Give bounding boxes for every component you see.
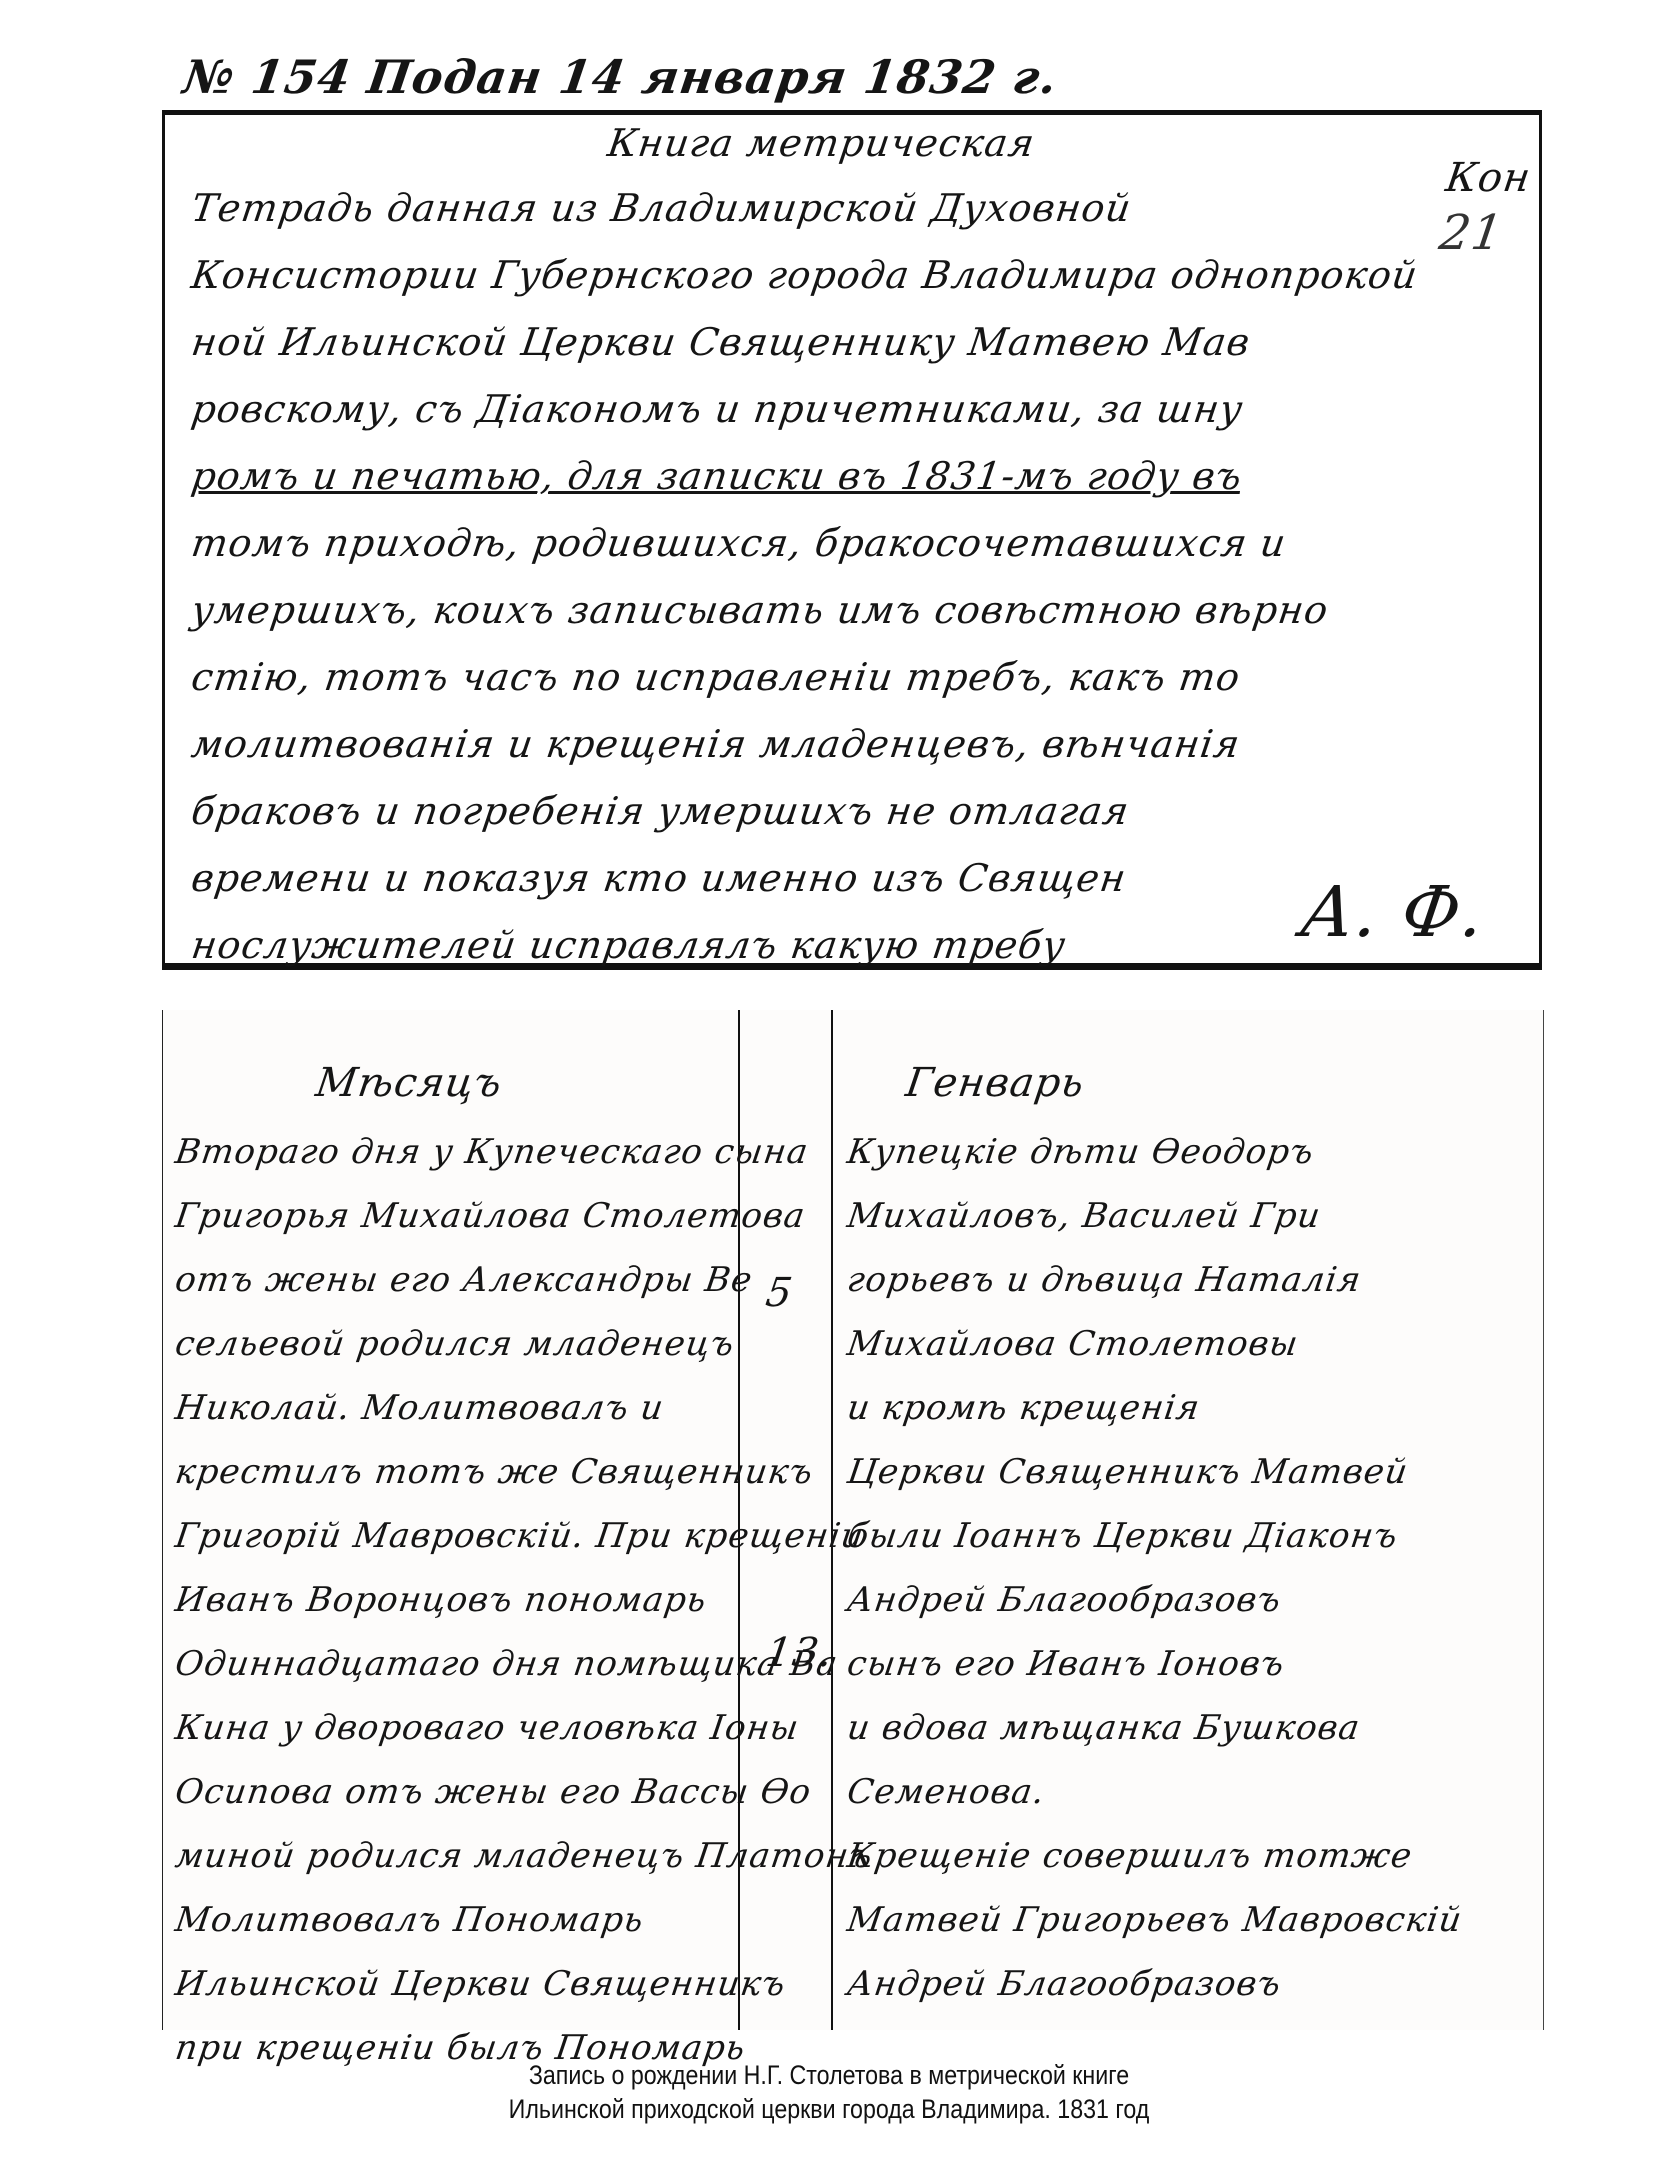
entry-line: Церкви Священникъ Матвей bbox=[843, 1440, 1542, 1504]
entry-line: Ильинской Церкви Священникъ bbox=[171, 1952, 745, 2016]
register-table: Мѣсяцъ Генварь 5 13. Втораго дня у Купеч… bbox=[162, 1010, 1544, 2030]
archival-scan: № 154 Подан 14 января 1832 г. Книга метр… bbox=[150, 20, 1550, 2030]
entry-line: сынъ его Иванъ Іоновъ bbox=[843, 1632, 1542, 1696]
frame-line: ной Ильинской Церкви Священнику Матвею М… bbox=[187, 309, 1536, 376]
frame-line: умершихъ, коихъ записывать имъ совѣстною… bbox=[187, 577, 1536, 644]
left-column-entries: Втораго дня у Купеческаго сына Григорья … bbox=[171, 1120, 736, 2080]
entry-line: Кина у двороваго человѣка Іоны bbox=[171, 1696, 745, 1760]
entry-line: сельевой родился младенецъ bbox=[171, 1312, 745, 1376]
entry-line: Григорій Мавровскій. При крещеніи bbox=[171, 1504, 745, 1568]
entry-line: Втораго дня у Купеческаго сына bbox=[171, 1120, 745, 1184]
entry-line: были Іоаннъ Церкви Діаконъ bbox=[843, 1504, 1542, 1568]
entry-line: Осипова отъ жены его Вассы Ѳо bbox=[171, 1760, 745, 1824]
frame-line: ровскому, съ Діакономъ и причетниками, з… bbox=[187, 376, 1536, 443]
frame-line: Консистории Губернского города Владимира… bbox=[187, 242, 1536, 309]
entry-line: горьевъ и дѣвица Наталія bbox=[843, 1248, 1542, 1312]
entry-line: Андрей Благообразовъ bbox=[843, 1568, 1542, 1632]
caption-line-2: Ильинской приходской церкви города Влади… bbox=[116, 2092, 1542, 2126]
entry-line: Михайловъ, Василей Гри bbox=[843, 1184, 1542, 1248]
entry-line: крестилъ тотъ же Священникъ bbox=[171, 1440, 745, 1504]
left-column-header: Мѣсяцъ bbox=[313, 1060, 505, 1106]
register-header-line: № 154 Подан 14 января 1832 г. bbox=[180, 50, 1061, 104]
entry-line: Иванъ Воронцовъ пономарь bbox=[171, 1568, 745, 1632]
figure-caption: Запись о рождении Н.Г. Столетова в метри… bbox=[116, 2058, 1542, 2126]
entry-line: Михайлова Столетовы bbox=[843, 1312, 1542, 1376]
right-column-header: Генварь bbox=[903, 1060, 1087, 1106]
frame-line-underlined: ромъ и печатью, для записки въ 1831-мъ г… bbox=[187, 443, 1536, 510]
entry-line: Молитвовалъ Пономарь bbox=[171, 1888, 745, 1952]
frame-line: томъ приходѣ, родившихся, бракосочетавши… bbox=[187, 510, 1536, 577]
frame-line: браковъ и погребенія умершихъ не отлагая bbox=[187, 778, 1536, 845]
right-column-entries: Купецкіе дѣти Ѳеодоръ Михайловъ, Василей… bbox=[843, 1120, 1533, 2016]
frame-line: молитвованія и крещенія младенцевъ, вѣнч… bbox=[187, 711, 1536, 778]
frame-line: Тетрадь данная из Владимирской Духовной bbox=[187, 175, 1536, 242]
entry-line: Семенова. bbox=[843, 1760, 1542, 1824]
entry-line: Одиннадцатаго дня помѣщика Ва bbox=[171, 1632, 745, 1696]
entry-line: миной родился младенецъ Платонъ bbox=[171, 1824, 745, 1888]
entry-line: Николай. Молитвовалъ и bbox=[171, 1376, 745, 1440]
entry-line: Андрей Благообразовъ bbox=[843, 1952, 1542, 2016]
frame-line: стію, тотъ часъ по исправленіи требъ, ка… bbox=[187, 644, 1536, 711]
entry-line: и вдова мѣщанка Бушкова bbox=[843, 1696, 1542, 1760]
entry-line: Григорья Михайлова Столетова bbox=[171, 1184, 745, 1248]
day-number: 5 bbox=[763, 1270, 796, 1316]
entry-line: отъ жены его Александры Ве bbox=[171, 1248, 745, 1312]
entry-line: Купецкіе дѣти Ѳеодоръ bbox=[843, 1120, 1542, 1184]
entry-line: Крещеніе совершилъ тотже bbox=[843, 1824, 1542, 1888]
entry-line: Матвей Григорьевъ Мавровскій bbox=[843, 1888, 1542, 1952]
frame-body: Тетрадь данная из Владимирской Духовной … bbox=[187, 175, 1527, 979]
title-frame: Книга метрическая Кон 21 Тетрадь данная … bbox=[162, 110, 1542, 970]
frame-title: Книга метрическая bbox=[605, 121, 1038, 165]
signature: А. Ф. bbox=[1296, 871, 1490, 953]
entry-line: и кромѣ крещенія bbox=[843, 1376, 1542, 1440]
caption-line-1: Запись о рождении Н.Г. Столетова в метри… bbox=[116, 2058, 1542, 2092]
